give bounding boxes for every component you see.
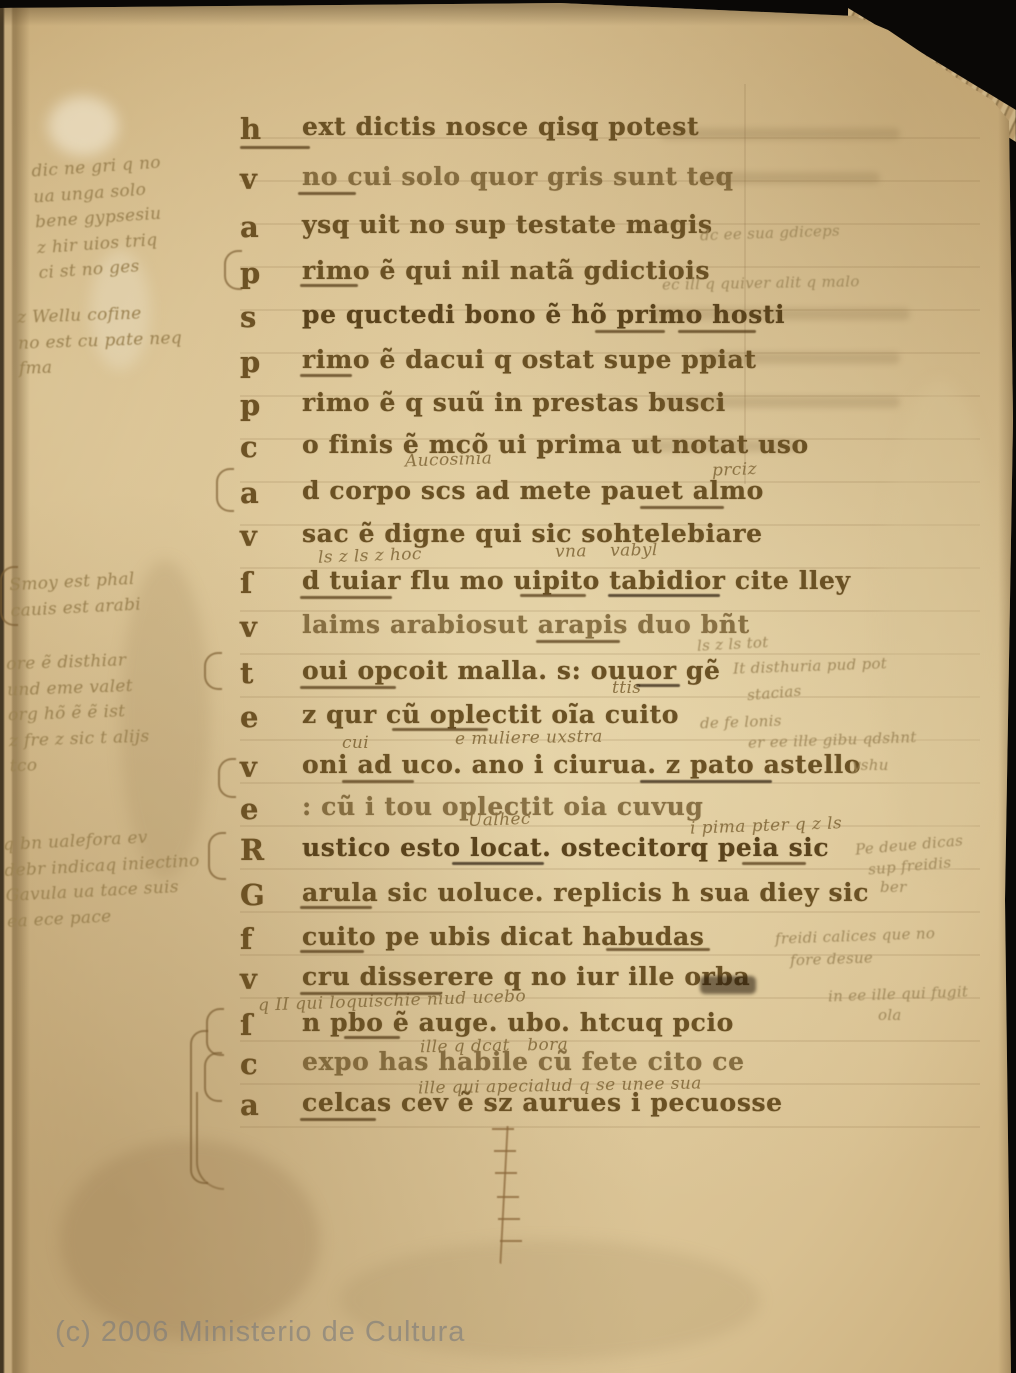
marginal-bracket: [206, 1008, 224, 1056]
line-text: ext dictis nosce qisq potest: [302, 112, 699, 141]
interlinear-gloss: ttis: [612, 678, 641, 698]
interlinear-gloss: ls z ls z hoc: [318, 544, 422, 568]
line-text: pe quctedi bono ẽ hõ primo hosti: [302, 300, 785, 329]
line-initial: e: [240, 792, 302, 826]
quire-mark-dash: [492, 1128, 514, 1130]
emphasis-underline: [300, 284, 358, 287]
right-margin-note: ola: [878, 1004, 902, 1027]
interlinear-gloss: ille q dcat bora: [420, 1035, 569, 1058]
line-initial: t: [240, 656, 302, 690]
line-text: laims arabiosut arapis duo bñt: [302, 610, 750, 639]
emphasis-underline: [344, 1036, 400, 1039]
interlinear-gloss: cui: [342, 733, 369, 753]
line-initial: c: [240, 430, 302, 464]
right-margin-note: ls z ls tot: [696, 631, 769, 657]
emphasis-underline: [536, 640, 620, 643]
line-initial: v: [240, 962, 302, 996]
manuscript-line: co finis ẽ mcõ ui prima ut notat uso: [240, 430, 809, 464]
line-text: n pbo ẽ auge. ubo. htcuq pcio: [302, 1008, 734, 1037]
right-margin-note: stacias: [746, 680, 802, 707]
ink-blot: [700, 976, 756, 994]
emphasis-underline: [392, 728, 488, 731]
marginal-bracket: [0, 566, 18, 626]
marginal-bracket: [216, 468, 234, 512]
line-initial: a: [240, 1088, 302, 1122]
emphasis-underline: [640, 780, 772, 783]
left-margin-note: dic ne gri q no ua unga solo bene gypses…: [31, 151, 169, 287]
manuscript-line: aysq uit no sup testate magis: [240, 210, 713, 244]
marginal-bracket: [204, 652, 222, 690]
marginal-bracket: [208, 832, 226, 880]
manuscript-line: spe quctedi bono ẽ hõ primo hosti: [240, 300, 785, 334]
emphasis-underline: [452, 862, 544, 865]
emphasis-underline: [608, 594, 720, 597]
line-text: cuito pe ubis dicat habudas: [302, 922, 704, 951]
parchment-stain: [880, 380, 1000, 880]
line-text: rimo ẽ q suũ in prestas busci: [302, 388, 726, 417]
line-text: d corpo scs ad mete pauet almo: [302, 476, 764, 505]
manuscript-line: vno cui solo quor gris sunt teq: [240, 162, 734, 196]
emphasis-underline: [300, 374, 352, 377]
emphasis-underline: [520, 594, 586, 597]
line-text: rimo ẽ dacui q ostat supe ppiat: [302, 345, 756, 374]
quire-mark-dash: [500, 1240, 522, 1242]
line-text: sac ẽ digne qui sic sohtelebiare: [302, 519, 763, 548]
left-margin-note: ore ẽ disthiar und eme valet org hõ ẽ ẽ …: [6, 648, 151, 780]
emphasis-underline: [300, 1118, 376, 1121]
emphasis-underline: [595, 330, 665, 333]
line-initial: G: [240, 878, 302, 912]
emphasis-underline: [636, 684, 680, 687]
left-margin-note: Smoy est phal cauis est arabi: [9, 567, 142, 625]
emphasis-underline: [742, 862, 806, 865]
line-initial: f: [240, 922, 302, 956]
manuscript-line: vlaims arabiosut arapis duo bñt: [240, 610, 750, 644]
marginal-bracket: [224, 250, 242, 290]
emphasis-underline: [606, 948, 710, 951]
manuscript-line: primo ẽ q suũ in prestas busci: [240, 388, 726, 422]
line-text: d tuiar flu mo uipito tabidior cite lley: [302, 566, 851, 595]
line-text: rimo ẽ qui nil natã gdictiois: [302, 256, 710, 285]
line-text: no cui solo quor gris sunt teq: [302, 162, 734, 191]
interlinear-gloss: prciz: [712, 459, 758, 481]
pen-flourish: [196, 1092, 224, 1190]
line-text: ysq uit no sup testate magis: [302, 210, 713, 239]
line-initial: a: [240, 476, 302, 510]
emphasis-underline: [342, 780, 414, 783]
interlinear-gloss: Ualhec: [468, 809, 532, 831]
line-text: oui opcoit malla. s: ouuor gẽ: [302, 656, 720, 685]
emphasis-underline: [298, 192, 356, 195]
line-initial: e: [240, 700, 302, 734]
left-margin-note: q bn ualefora ev debr indicaq iniectino …: [2, 823, 203, 935]
interlinear-gloss: vna vabyl: [555, 540, 658, 562]
line-text: oni ad uco. ano i ciurua. z pato astello: [302, 750, 861, 779]
line-text: z qur cũ oplectit oĩa cuito: [302, 700, 679, 729]
line-initial: v: [240, 750, 302, 784]
right-margin-note: yshu: [852, 754, 889, 777]
line-initial: h: [240, 112, 302, 146]
line-initial: a: [240, 210, 302, 244]
manuscript-line: voni ad uco. ano i ciurua. z pato astell…: [240, 750, 861, 784]
line-text: arula sic uoluce. replicis h sua diey si…: [302, 878, 869, 907]
parchment-stain: [48, 96, 118, 156]
marginal-bracket: [218, 758, 236, 798]
line-text: ustico esto locat. ostecitorq peia sic: [302, 833, 829, 862]
right-margin-note: fore desue: [790, 947, 874, 972]
line-initial: s: [240, 300, 302, 334]
line-text: o finis ẽ mcõ ui prima ut notat uso: [302, 430, 809, 459]
line-initial: R: [240, 833, 302, 867]
manuscript-line: hext dictis nosce qisq potest: [240, 112, 699, 146]
copyright-watermark: (c) 2006 Ministerio de Cultura: [55, 1316, 465, 1349]
right-margin-note: ber: [880, 876, 907, 899]
emphasis-underline: [300, 596, 392, 599]
emphasis-underline: [640, 506, 724, 509]
emphasis-underline: [678, 330, 756, 333]
manuscript-line: ad corpo scs ad mete pauet almo: [240, 476, 764, 510]
line-initial: v: [240, 610, 302, 644]
emphasis-underline: [300, 992, 442, 995]
line-initial: v: [240, 519, 302, 553]
emphasis-underline: [300, 686, 396, 689]
quire-mark-dash: [497, 1196, 519, 1198]
right-margin-note: ec ill q quiver alit q malo: [662, 270, 860, 296]
interlinear-gloss: Aucosinia: [405, 448, 493, 471]
line-initial: ſ: [240, 566, 302, 600]
emphasis-underline: [240, 146, 310, 149]
parchment-page: hext dictis nosce qisq potestvno cui sol…: [0, 0, 1016, 1373]
line-initial: v: [240, 162, 302, 196]
line-initial: p: [240, 345, 302, 379]
emphasis-underline: [300, 906, 372, 909]
line-initial: c: [240, 1047, 302, 1081]
line-initial: p: [240, 256, 302, 290]
emphasis-underline: [300, 950, 364, 953]
line-initial: p: [240, 388, 302, 422]
line-text: cru disserere q no iur ille orba: [302, 962, 750, 991]
left-margin-note: z Wellu cofine no est cu pate neq fma: [17, 300, 184, 382]
